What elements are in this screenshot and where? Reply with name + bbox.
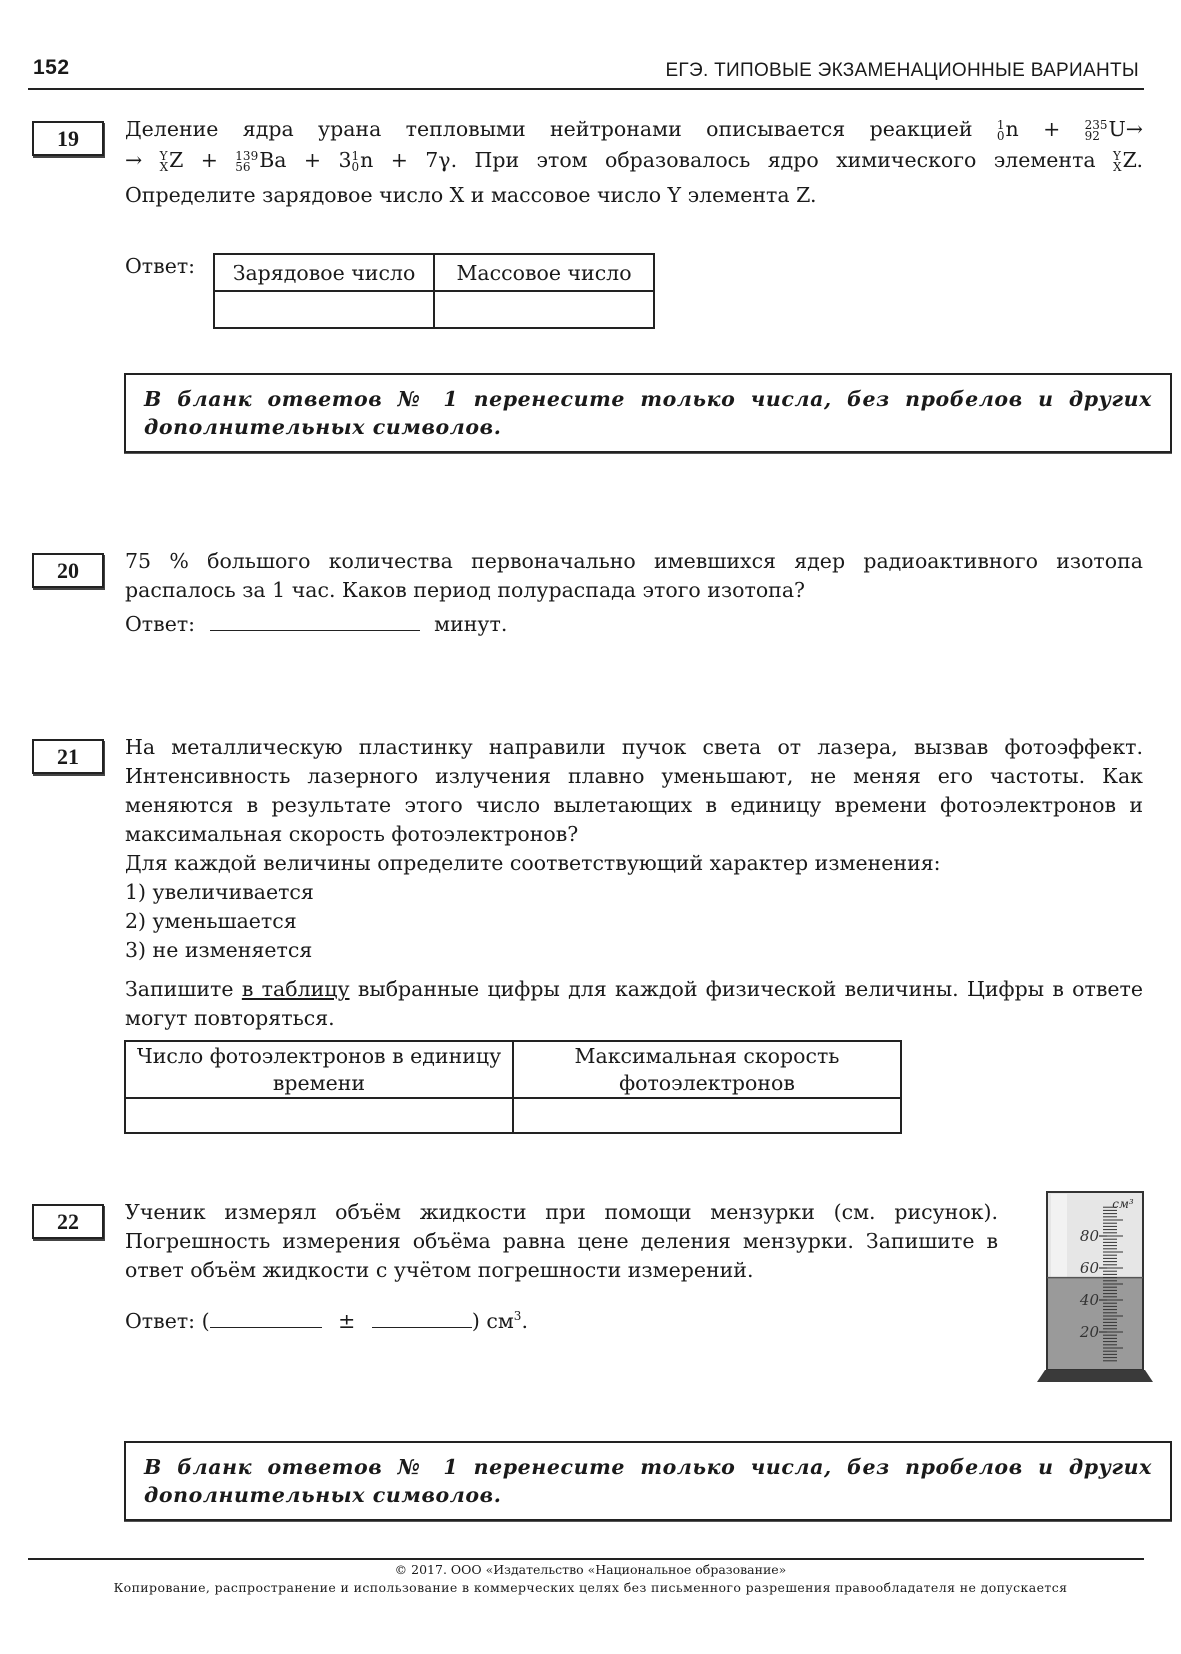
q22-unit: ) см bbox=[472, 1309, 514, 1333]
q19-line1: Деление ядра урана тепловыми нейтронами … bbox=[125, 117, 973, 141]
question-number-21: 21 bbox=[32, 739, 104, 774]
q21-option: 1) увеличивается bbox=[125, 878, 1143, 907]
table-header: Массовое число bbox=[434, 254, 654, 291]
q22-error-blank[interactable] bbox=[372, 1307, 472, 1328]
table-header: Зарядовое число bbox=[214, 254, 434, 291]
measuring-cylinder-figure: 80604020см³ bbox=[1035, 1186, 1153, 1386]
q21-option: 3) не изменяется bbox=[125, 936, 1143, 965]
svg-text:40: 40 bbox=[1079, 1291, 1100, 1309]
svg-text:20: 20 bbox=[1079, 1323, 1100, 1341]
uranium-nuclide: 23592 bbox=[1085, 120, 1108, 142]
q19-line3: Определите зарядовое число X и массовое … bbox=[125, 181, 1143, 210]
measuring-cylinder-icon: 80604020см³ bbox=[1035, 1186, 1153, 1386]
svg-text:см³: см³ bbox=[1112, 1197, 1134, 1211]
footer-divider bbox=[28, 1558, 1144, 1560]
q21-body: На металлическую пластинку направили пуч… bbox=[125, 733, 1143, 849]
question-number-19: 19 bbox=[32, 121, 104, 156]
q20-answer-blank[interactable] bbox=[210, 610, 420, 631]
uranium-symbol: U bbox=[1109, 117, 1126, 141]
barium-symbol: Ba bbox=[259, 148, 286, 172]
z-symbol: Z bbox=[1123, 148, 1137, 172]
max-speed-cell[interactable] bbox=[513, 1098, 901, 1133]
write-emphasis: в таблицу bbox=[242, 977, 350, 1001]
table-header: Число фотоэлектронов в единицу времени bbox=[125, 1041, 513, 1098]
question-22-text: Ученик измерял объём жидкости при помощи… bbox=[125, 1198, 998, 1285]
unit-period: . bbox=[521, 1309, 528, 1333]
neutron-symbol: n bbox=[360, 148, 373, 172]
page-number: 152 bbox=[33, 56, 70, 80]
q21-instruction: Для каждой величины определите соответст… bbox=[125, 849, 1143, 878]
header-divider bbox=[28, 88, 1144, 90]
plus-minus-sign: ± bbox=[338, 1309, 355, 1333]
question-20-text: 75 % большого количества первоначально и… bbox=[125, 547, 1143, 605]
svg-text:80: 80 bbox=[1080, 1227, 1100, 1245]
q19-line2: При этом образовалось ядро химического э… bbox=[474, 148, 1095, 172]
svg-text:60: 60 bbox=[1080, 1259, 1100, 1277]
question-19-text: Деление ядра урана тепловыми нейтронами … bbox=[125, 115, 1143, 210]
gamma-term: 7γ bbox=[425, 148, 450, 172]
mass-number-cell[interactable] bbox=[434, 291, 654, 328]
q22-answer-label: Ответ: ( bbox=[125, 1309, 210, 1333]
question-21-text: На металлическую пластинку направили пуч… bbox=[125, 733, 1143, 1033]
charge-number-cell[interactable] bbox=[214, 291, 434, 328]
neutron-nuclide: 10 bbox=[351, 151, 359, 173]
z-symbol: Z bbox=[169, 148, 183, 172]
arrow-icon: → bbox=[1126, 117, 1143, 141]
q22-answer-row: Ответ: ( ± ) см3. bbox=[125, 1302, 528, 1336]
table-header: Максимальная скорость фотоэлектронов bbox=[513, 1041, 901, 1098]
running-header-title: ЕГЭ. ТИПОВЫЕ ЭКЗАМЕНАЦИОННЫЕ ВАРИАНТЫ bbox=[665, 60, 1139, 82]
q20-unit: минут. bbox=[434, 612, 507, 636]
answer-form-notice: В бланк ответов № 1 перенесите только чи… bbox=[124, 373, 1172, 453]
neutron-symbol: n bbox=[1006, 117, 1019, 141]
q19-answer-label: Ответ: bbox=[125, 254, 195, 278]
q19-answer-table: Зарядовое число Массовое число bbox=[213, 253, 655, 329]
z-nuclide: YX bbox=[160, 151, 169, 173]
answer-form-notice: В бланк ответов № 1 перенесите только чи… bbox=[124, 1441, 1172, 1521]
question-number-22: 22 bbox=[32, 1204, 104, 1239]
copyright-notice: Копирование, распространение и использов… bbox=[0, 1580, 1181, 1595]
q21-option: 2) уменьшается bbox=[125, 907, 1143, 936]
q21-write-instruction: Запишите в таблицу выбранные цифры для к… bbox=[125, 975, 1143, 1033]
q20-answer-row: Ответ: минут. bbox=[125, 610, 507, 639]
q21-answer-table: Число фотоэлектронов в единицу времени М… bbox=[124, 1040, 902, 1134]
q20-answer-label: Ответ: bbox=[125, 612, 195, 636]
question-number-20: 20 bbox=[32, 553, 104, 588]
copyright-line: © 2017. ООО «Издательство «Национальное … bbox=[0, 1562, 1181, 1577]
write-prefix: Запишите bbox=[125, 977, 234, 1001]
neutron-coefficient: 3 bbox=[338, 148, 351, 172]
q22-value-blank[interactable] bbox=[210, 1307, 322, 1328]
photoelectron-count-cell[interactable] bbox=[125, 1098, 513, 1133]
arrow-icon: → bbox=[125, 148, 142, 172]
barium-nuclide: 13956 bbox=[235, 151, 258, 173]
z-nuclide: YX bbox=[1113, 151, 1122, 173]
neutron-nuclide: 10 bbox=[997, 120, 1005, 142]
